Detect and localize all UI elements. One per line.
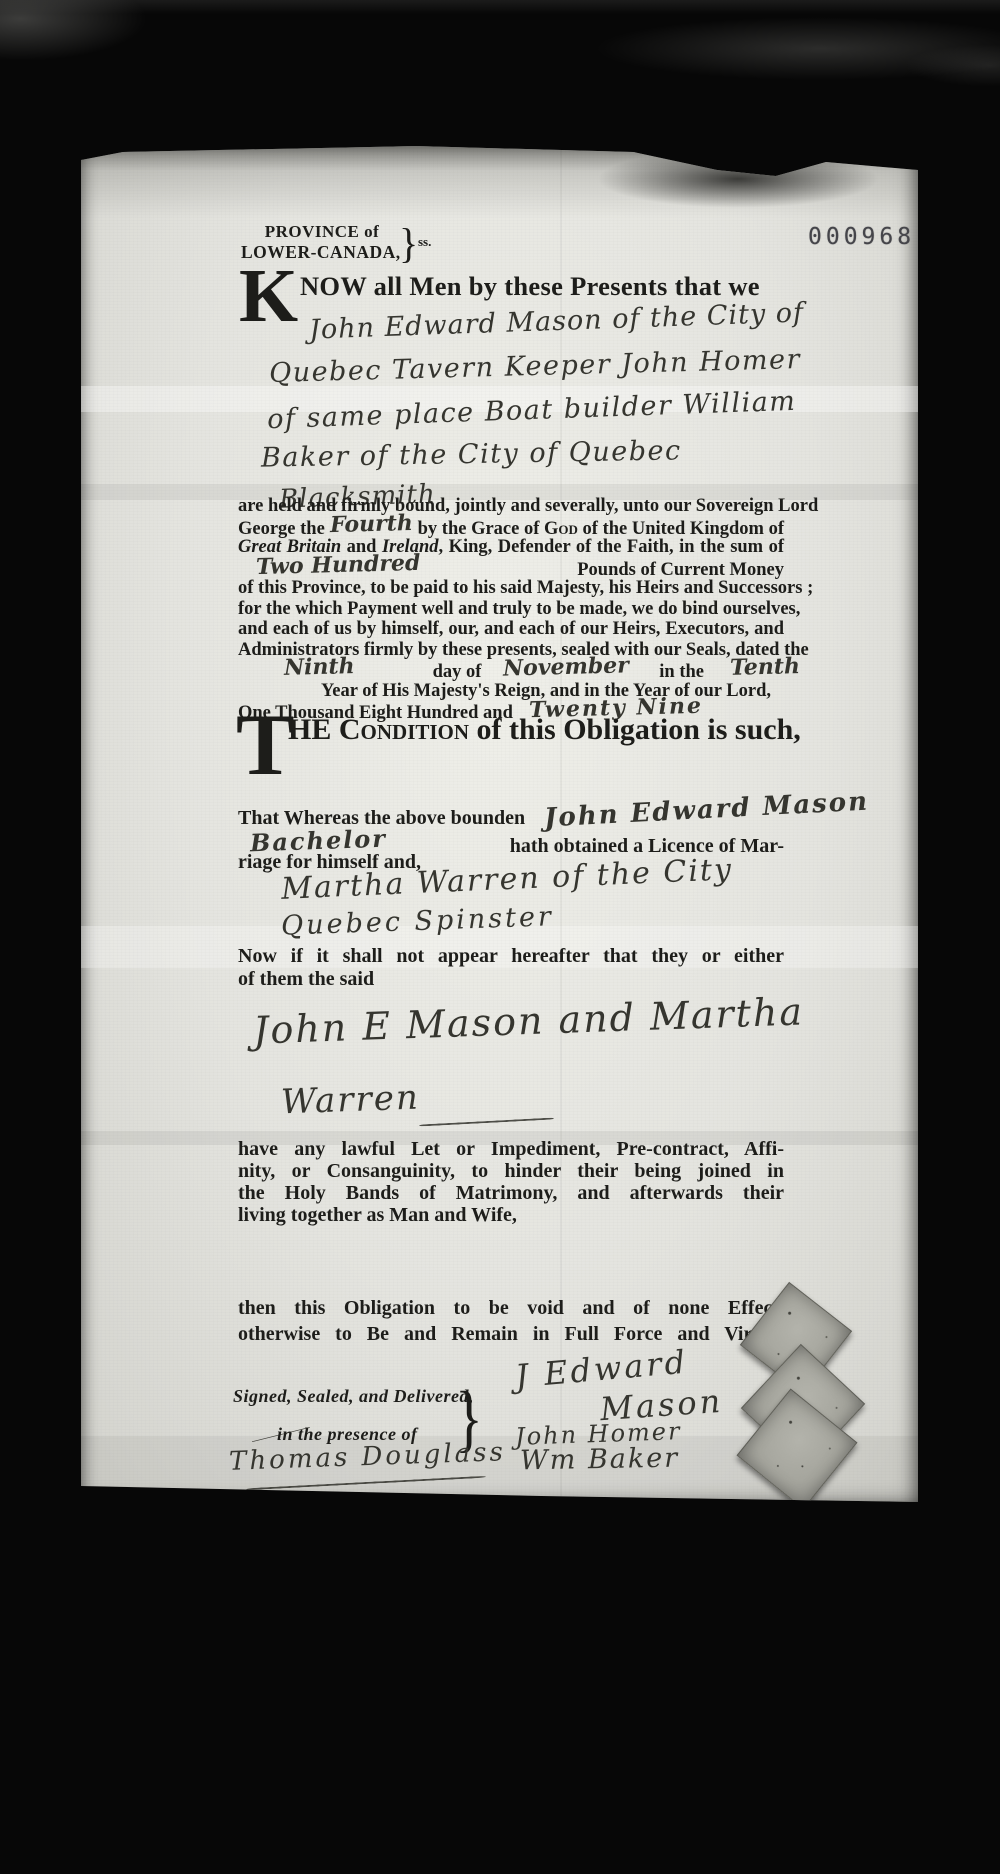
bond-line2-god-smallcaps: God xyxy=(544,519,578,539)
bond-line3-king: , King, Defender of the Faith, in the su… xyxy=(438,537,784,557)
signature-wm-baker: Wm Baker xyxy=(520,1443,680,1477)
licence-print: hath obtained a Licence of Mar- xyxy=(510,835,784,858)
bond-line9: Ninth day of November in the Tenth xyxy=(238,660,784,681)
condition-dropcap: T xyxy=(236,702,295,790)
opening-line: NOW all Men by these Presents that we xyxy=(300,271,760,302)
serial-number-stamp: 000968 xyxy=(808,224,915,250)
bond-line1: are held and firmly bound, jointly and s… xyxy=(238,496,784,517)
witness-underline-flourish xyxy=(246,1476,486,1491)
impediment-line4: living together as Man and Wife, xyxy=(238,1204,784,1226)
obligors-hand-line3: of same place Boat builder William xyxy=(267,386,797,435)
bond-line4-print: Pounds of Current Money xyxy=(577,560,784,581)
pen-flourish xyxy=(419,1117,554,1126)
condition-heading-smallcaps: Condition xyxy=(339,713,469,746)
obligors-hand-line4: Baker of the City of Quebec xyxy=(261,435,682,473)
now-line1: Now if it shall not appear hereafter tha… xyxy=(238,945,784,968)
impediment-line2: nity, or Consanguinity, to hinder their … xyxy=(238,1160,784,1182)
impediment-line1: have any lawful Let or Impediment, Pre-c… xyxy=(238,1138,784,1160)
document-paper: PROVINCE of LOWER-CANADA, } ss. 000968 K… xyxy=(81,146,918,1508)
condition-heading: HE Condition of this Obligation is such, xyxy=(288,713,801,747)
top-right-shadow-blob xyxy=(598,150,878,208)
impediment-paragraph: have any lawful Let or Impediment, Pre-c… xyxy=(238,1138,784,1226)
header-ss-label: ss. xyxy=(418,234,431,250)
bond-paragraph: are held and firmly bound, jointly and s… xyxy=(238,496,784,722)
bride-hand-line2: Quebec Spinster xyxy=(281,901,555,942)
impediment-line3: the Holy Bands of Matrimony, and afterwa… xyxy=(238,1182,784,1204)
void-line2: otherwise to Be and Remain in Full Force… xyxy=(238,1323,784,1346)
bond-line2-grace: by the Grace of xyxy=(418,519,540,539)
sum-handwritten: Two Hundred xyxy=(256,552,421,577)
bond-line7: and each of us by himself, our, and each… xyxy=(238,619,784,640)
now-line2: of them the said xyxy=(238,968,374,991)
bond-line2-kingdom: of the United Kingdom of xyxy=(583,519,784,539)
header-brace: } xyxy=(399,219,418,268)
bond-line2-print-b: by the Grace of God of the United Kingdo… xyxy=(418,519,784,540)
signed-sealed-label: Signed, Sealed, and Delivered, xyxy=(233,1386,474,1407)
regnal-year-handwritten: Tenth xyxy=(730,656,801,678)
bond-line4: Two Hundred Pounds of Current Money xyxy=(238,558,784,579)
province-line1: PROVINCE of xyxy=(241,222,403,242)
condition-heading-rest: of this Obligation is such, xyxy=(477,713,801,746)
bond-line2-print-a: George the xyxy=(238,519,325,540)
scanned-page-canvas: { "colors": { "background": "#070707", "… xyxy=(0,0,1000,1874)
obligors-hand-line2: Quebec Tavern Keeper John Homer xyxy=(269,344,802,389)
witness-signature: Thomas Douglass xyxy=(229,1437,507,1477)
regnal-name-handwritten: Fourth xyxy=(330,512,413,535)
bond-line6: for the which Payment well and truly to … xyxy=(238,599,784,620)
opening-dropcap: K xyxy=(239,258,298,334)
couple-hand-line2: Warren xyxy=(280,1078,420,1123)
couple-hand-line1: John E Mason and Martha xyxy=(252,989,804,1052)
month-handwritten: November xyxy=(503,655,629,679)
day-handwritten: Ninth xyxy=(284,656,355,678)
groom-name-handwritten: John Edward Mason xyxy=(544,787,870,834)
bond-line5: of this Province, to be paid to his said… xyxy=(238,578,784,599)
condition-heading-he: HE xyxy=(288,713,331,746)
bond-line9-day-of: day of xyxy=(433,662,482,683)
bond-line2: George the Fourth by the Grace of God of… xyxy=(238,517,784,538)
obligors-hand-line1: John Edward Mason of the City of xyxy=(309,297,805,345)
bond-line9-in-the: in the xyxy=(659,662,704,683)
void-line1: then this Obligation to be void and of n… xyxy=(238,1297,784,1320)
